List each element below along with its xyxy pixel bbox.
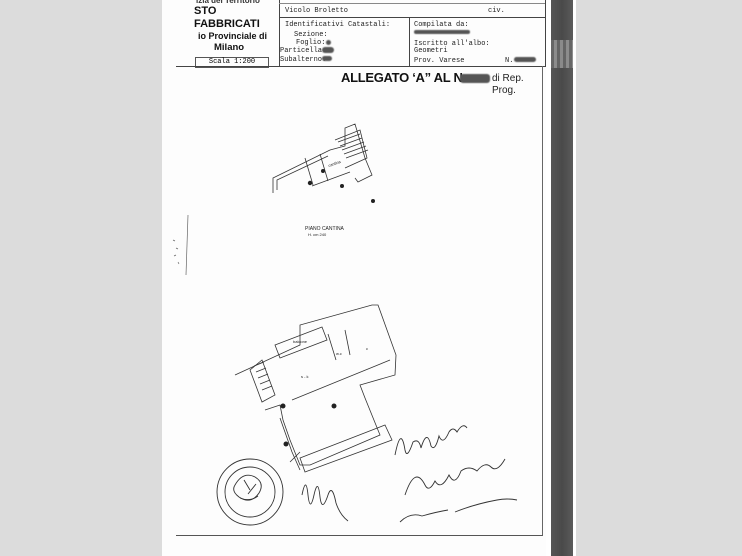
floor-height: H. cm 240	[308, 232, 326, 237]
room-label-wc: w.c	[336, 351, 342, 356]
room-label-c: c	[366, 346, 368, 351]
room-label-soggiorno: s - k	[301, 374, 309, 379]
floor-plan	[0, 0, 742, 556]
room-label-balcone: balcone	[293, 339, 307, 344]
